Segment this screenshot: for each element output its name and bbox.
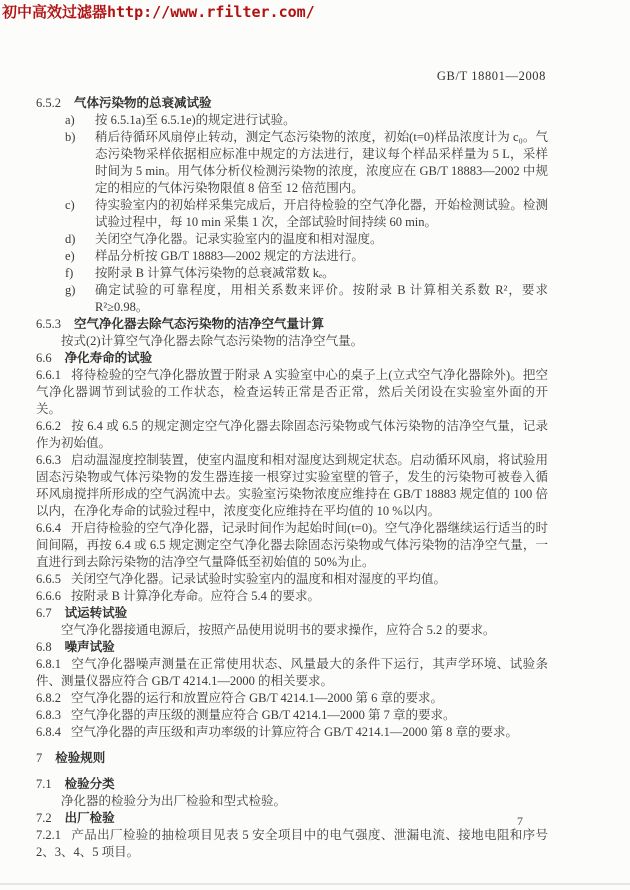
clause-title: 气体污染物的总衰减试验 <box>74 96 212 110</box>
paragraph-6-5-3: 按式(2)计算空气净化器去除气态污染物的洁净空气量。 <box>36 333 548 350</box>
clause-number: 6.8.1 <box>36 657 61 671</box>
heading-6-6: 6.6净化寿命的试验 <box>36 350 548 367</box>
heading-6-8: 6.8噪声试验 <box>36 639 548 656</box>
clause-number: 6.5.3 <box>36 317 61 331</box>
list-item-label: b) <box>65 129 75 146</box>
heading-6-7: 6.7试运转试验 <box>36 605 548 622</box>
clause-number: 6.6.4 <box>36 521 61 535</box>
scanned-standard-page: 初中高效过滤器http://www.rfilter.com/ GB/T 1880… <box>0 0 630 890</box>
paragraph-7-1: 净化器的检验分为出厂检验和型式检验。 <box>36 793 548 810</box>
list-item: g)确定试验的可靠程度，用相关系数来评价。按附录 B 计算相关系数 R²，要求 … <box>36 282 548 316</box>
clause-number: 7.1 <box>36 777 52 791</box>
clause-number: 6.7 <box>36 606 52 620</box>
chapter-number: 7 <box>36 751 42 765</box>
list-item-text: 按 6.5.1a)至 6.5.1e)的规定进行试验。 <box>95 113 296 127</box>
clause-number: 6.5.2 <box>36 96 61 110</box>
list-item-label: d) <box>65 231 75 248</box>
list-item-label: a) <box>65 112 75 129</box>
paragraph-6-6-4: 6.6.4开启待检验的空气净化器，记录时间作为起始时间(t=0)。空气净化器继续… <box>36 520 548 571</box>
clause-number: 6.6.2 <box>36 419 61 433</box>
list-item-label: f) <box>65 265 73 282</box>
clause-text: 空气净化器的运行和放置应符合 GB/T 4214.1—2000 第 6 章的要求… <box>71 691 443 705</box>
list-item-text: 待实验室内的初始样采集完成后，开启待检验的空气净化器，开始检测试验。检测试验过程… <box>95 198 548 229</box>
list-item: f)按附录 B 计算气体污染物的总衰减常数 kₑ。 <box>36 265 548 282</box>
list-item: a)按 6.5.1a)至 6.5.1e)的规定进行试验。 <box>36 112 548 129</box>
list-item: d)关闭空气净化器。记录实验室内的温度和相对湿度。 <box>36 231 548 248</box>
site-watermark-text: 初中高效过滤器http://www.rfilter.com/ <box>2 1 315 22</box>
paragraph-6-6-6: 6.6.6按附录 B 计算净化寿命。应符合 5.4 的要求。 <box>36 588 548 605</box>
paragraph-6-8-1: 6.8.1空气净化器噪声测量在正常使用状态、风量最大的条件下运行，其声学环境、试… <box>36 656 548 690</box>
clause-number: 6.6 <box>36 351 52 365</box>
paragraph-6-6-3: 6.6.3启动温湿度控制装置，使室内温度和相对湿度达到规定状态。启动循环风扇，将… <box>36 452 548 520</box>
document-body: 6.5.2气体污染物的总衰减试验 a)按 6.5.1a)至 6.5.1e)的规定… <box>36 95 548 861</box>
paragraph-6-6-5: 6.6.5关闭空气净化器。记录试验时实验室内的温度和相对湿度的平均值。 <box>36 571 548 588</box>
clause-number: 6.6.6 <box>36 589 61 603</box>
chapter-title: 检验规则 <box>55 751 105 765</box>
clause-text: 启动温湿度控制装置，使室内温度和相对湿度达到规定状态。启动循环风扇，将试验用固态… <box>36 453 548 518</box>
list-item-text: 确定试验的可靠程度，用相关系数来评价。按附录 B 计算相关系数 R²，要求 R²… <box>95 283 548 314</box>
heading-6-5-2: 6.5.2气体污染物的总衰减试验 <box>36 95 548 112</box>
clause-number: 6.8.3 <box>36 708 61 722</box>
paragraph-6-8-2: 6.8.2空气净化器的运行和放置应符合 GB/T 4214.1—2000 第 6… <box>36 690 548 707</box>
heading-7-2: 7.2出厂检验 <box>36 810 548 827</box>
clause-number: 6.8 <box>36 640 52 654</box>
clause-text: 空气净化器噪声测量在正常使用状态、风量最大的条件下运行，其声学环境、试验条件、测… <box>36 657 548 688</box>
scan-bottom-edge <box>0 883 630 885</box>
clause-title: 检验分类 <box>65 777 115 791</box>
paragraph-6-8-4: 6.8.4空气净化器的声压级和声功率级的计算应符合 GB/T 4214.1—20… <box>36 724 548 741</box>
clause-title: 试运转试验 <box>65 606 128 620</box>
list-item-text: 关闭空气净化器。记录实验室内的温度和相对湿度。 <box>95 232 383 246</box>
list-item: b)稍后待循环风扇停止转动，测定气态污染物的浓度，初始(t=0)样品浓度计为 c… <box>36 129 548 197</box>
list-item-label: c) <box>65 197 75 214</box>
clause-number: 7.2.1 <box>36 828 61 842</box>
clause-text: 产品出厂检验的抽检项目见表 5 安全项目中的电气强度、泄漏电流、接地电阻和序号 … <box>36 828 548 859</box>
standard-number: GB/T 18801—2008 <box>437 69 546 84</box>
heading-7-1: 7.1检验分类 <box>36 776 548 793</box>
clause-text: 将待检验的空气净化器放置于附录 A 实验室中心的桌子上(立式空气净化器除外)。把… <box>36 368 548 416</box>
clause-text: 按 6.4 或 6.5 的规定测定空气净化器去除固态污染物或气体污染物的洁净空气… <box>36 419 548 450</box>
heading-7: 7检验规则 <box>36 750 548 767</box>
clause-number: 6.6.1 <box>36 368 61 382</box>
paragraph-6-7: 空气净化器接通电源后，按照产品使用说明书的要求操作，应符合 5.2 的要求。 <box>36 622 548 639</box>
heading-6-5-3: 6.5.3空气净化器去除气态污染物的洁净空气量计算 <box>36 316 548 333</box>
list-item-label: e) <box>65 248 75 265</box>
clause-title: 空气净化器去除气态污染物的洁净空气量计算 <box>74 317 324 331</box>
paragraph-6-6-2: 6.6.2按 6.4 或 6.5 的规定测定空气净化器去除固态污染物或气体污染物… <box>36 418 548 452</box>
page-number: 7 <box>517 814 523 829</box>
paragraph-7-2-1: 7.2.1产品出厂检验的抽检项目见表 5 安全项目中的电气强度、泄漏电流、接地电… <box>36 827 548 861</box>
list-item: c)待实验室内的初始样采集完成后，开启待检验的空气净化器，开始检测试验。检测试验… <box>36 197 548 231</box>
clause-number: 6.8.2 <box>36 691 61 705</box>
clause-number: 6.6.5 <box>36 572 61 586</box>
list-item-text: 样品分析按 GB/T 18883—2002 规定的方法进行。 <box>95 249 364 263</box>
list-item-label: g) <box>65 282 75 299</box>
clause-number: 6.8.4 <box>36 725 61 739</box>
clause-number: 6.6.3 <box>36 453 61 467</box>
clause-text: 空气净化器的声压级和声功率级的计算应符合 GB/T 4214.1—2000 第 … <box>71 725 518 739</box>
paragraph-6-8-3: 6.8.3空气净化器的声压级的测量应符合 GB/T 4214.1—2000 第 … <box>36 707 548 724</box>
clause-text: 关闭空气净化器。记录试验时实验室内的温度和相对湿度的平均值。 <box>71 572 446 586</box>
clause-title: 净化寿命的试验 <box>65 351 153 365</box>
clause-number: 7.2 <box>36 811 52 825</box>
list-item-text: 稍后待循环风扇停止转动，测定气态污染物的浓度，初始(t=0)样品浓度计为 c₀。… <box>95 130 548 195</box>
clause-title: 出厂检验 <box>65 811 115 825</box>
clause-text: 空气净化器的声压级的测量应符合 GB/T 4214.1—2000 第 7 章的要… <box>71 708 456 722</box>
clause-text: 开启待检验的空气净化器，记录时间作为起始时间(t=0)。空气净化器继续运行适当的… <box>36 521 548 569</box>
paragraph-6-6-1: 6.6.1将待检验的空气净化器放置于附录 A 实验室中心的桌子上(立式空气净化器… <box>36 367 548 418</box>
list-item-text: 按附录 B 计算气体污染物的总衰减常数 kₑ。 <box>95 266 335 280</box>
list-item: e)样品分析按 GB/T 18883—2002 规定的方法进行。 <box>36 248 548 265</box>
clause-title: 噪声试验 <box>65 640 115 654</box>
lettered-list: a)按 6.5.1a)至 6.5.1e)的规定进行试验。 b)稍后待循环风扇停止… <box>36 112 548 316</box>
clause-text: 按附录 B 计算净化寿命。应符合 5.4 的要求。 <box>71 589 320 603</box>
